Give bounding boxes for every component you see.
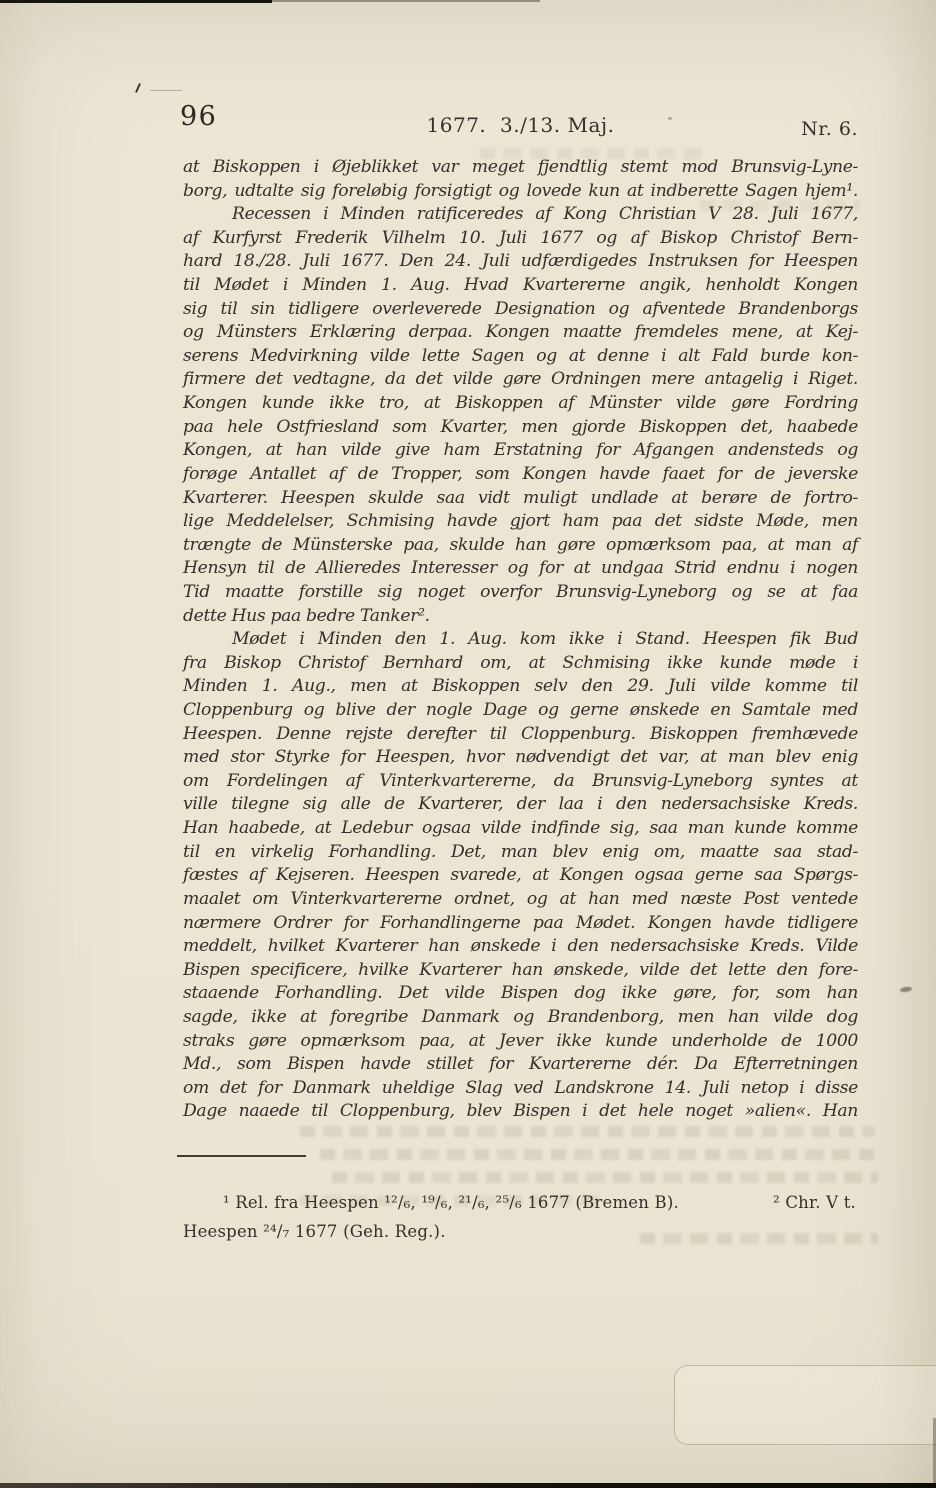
text-line: med stor Styrke for Heespen, hvor nødven… xyxy=(183,746,858,770)
text-line: Recessen i Minden ratificeredes af Kong … xyxy=(183,203,858,227)
text-line: Kongen kunde ikke tro, at Biskoppen af M… xyxy=(183,392,858,416)
text-line: borg, udtalte sig foreløbig forsigtigt o… xyxy=(183,180,858,204)
text-line: at Biskoppen i Øjeblikket var meget fjen… xyxy=(183,156,858,180)
footnote-2-text: Heespen ²⁴/₇ 1677 (Geh. Reg.). xyxy=(183,1220,858,1244)
text-line: Cloppenburg og blive der nogle Dage og g… xyxy=(183,699,858,723)
text-line: Heespen. Denne rejste derefter til Clopp… xyxy=(183,723,858,747)
slip-outline xyxy=(674,1365,936,1445)
text-line: sagde, ikke at foregribe Danmark og Bran… xyxy=(183,1006,858,1030)
text-line: Han haabede, at Ledebur ogsaa vilde indf… xyxy=(183,817,858,841)
text-line: lige Meddelelser, Schmising havde gjort … xyxy=(183,510,858,534)
text-line: Md., som Bispen havde stillet for Kvarte… xyxy=(183,1053,858,1077)
footnote-1: ¹ Rel. fra Heespen ¹²/₆, ¹⁹/₆, ²¹/₆, ²⁵/… xyxy=(183,1191,858,1215)
text-line: om Fordelingen af Vinterkvartererne, da … xyxy=(183,770,858,794)
text-line: firmere det vedtagne, da det vilde gøre … xyxy=(183,368,858,392)
text-line: nærmere Ordrer for Forhandlingerne paa M… xyxy=(183,912,858,936)
text-line: straks gøre opmærksom paa, at Jever ikke… xyxy=(183,1030,858,1054)
scratch-mark xyxy=(150,90,182,91)
text-line: Bispen specificere, hvilke Kvarterer han… xyxy=(183,959,858,983)
text-line: Mødet i Minden den 1. Aug. kom ikke i St… xyxy=(183,628,858,652)
text-line: forøge Antallet af de Tropper, som Konge… xyxy=(183,463,858,487)
text-line: Minden 1. Aug., men at Biskoppen selv de… xyxy=(183,675,858,699)
text-line: til Mødet i Minden 1. Aug. Hvad Kvartere… xyxy=(183,274,858,298)
text-line: af Kurfyrst Frederik Vilhelm 10. Juli 16… xyxy=(183,227,858,251)
text-line: ville tilegne sig alle de Kvarterer, der… xyxy=(183,793,858,817)
footnote-1-text: ¹ Rel. fra Heespen ¹²/₆, ¹⁹/₆, ²¹/₆, ²⁵/… xyxy=(183,1193,679,1212)
text-line: sig til sin tidligere overleverede Desig… xyxy=(183,298,858,322)
scan-edge-bottom xyxy=(0,1483,936,1488)
text-line: Kongen, at han vilde give ham Erstatning… xyxy=(183,439,858,463)
book-page: 96 1677. 3./13. Maj. Nr. 6. at Biskoppen… xyxy=(0,0,936,1488)
text-line: fra Biskop Christof Bernhard om, at Schm… xyxy=(183,652,858,676)
footnote-divider xyxy=(177,1155,306,1157)
text-line: Kvarterer. Heespen skulde saa vidt mulig… xyxy=(183,487,858,511)
scan-edge-top-faint xyxy=(272,0,540,2)
text-line: Hensyn til de Allieredes Interesser og f… xyxy=(183,557,858,581)
text-line: om det for Danmark uheldige Slag ved Lan… xyxy=(183,1077,858,1101)
text-line: fæstes af Kejseren. Heespen svarede, at … xyxy=(183,864,858,888)
bleed-through-line xyxy=(320,1149,878,1160)
text-line: staaende Forhandling. Det vilde Bispen d… xyxy=(183,982,858,1006)
header-document-number: Nr. 6. xyxy=(183,118,858,140)
footnote-2-ref: ² Chr. V t. xyxy=(773,1191,856,1215)
text-line: og Münsters Erklæring derpaa. Kongen maa… xyxy=(183,321,858,345)
text-line: serens Medvirkning vilde lette Sagen og … xyxy=(183,345,858,369)
text-line: trængte de Münsterske paa, skulde han gø… xyxy=(183,534,858,558)
ink-smudge xyxy=(900,986,913,993)
text-line: dette Hus paa bedre Tanker². xyxy=(183,605,858,629)
text-line: maalet om Vinterkvartererne ordnet, og a… xyxy=(183,888,858,912)
body-text: at Biskoppen i Øjeblikket var meget fjen… xyxy=(183,156,858,1124)
pen-mark xyxy=(135,83,141,93)
text-line: Dage naaede til Cloppenburg, blev Bispen… xyxy=(183,1100,858,1124)
text-line: hard 18./28. Juli 1677. Den 24. Juli udf… xyxy=(183,250,858,274)
text-line: til en virkelig Forhandling. Det, man bl… xyxy=(183,841,858,865)
text-line: Tid maatte forstille sig noget overfor B… xyxy=(183,581,858,605)
scan-edge-top xyxy=(0,0,272,3)
text-line: meddelt, hvilket Kvarterer han ønskede i… xyxy=(183,935,858,959)
text-line: paa hele Ostfriesland som Kvarter, men g… xyxy=(183,416,858,440)
bleed-through-line xyxy=(300,1126,875,1137)
bleed-through-line xyxy=(332,1172,878,1183)
